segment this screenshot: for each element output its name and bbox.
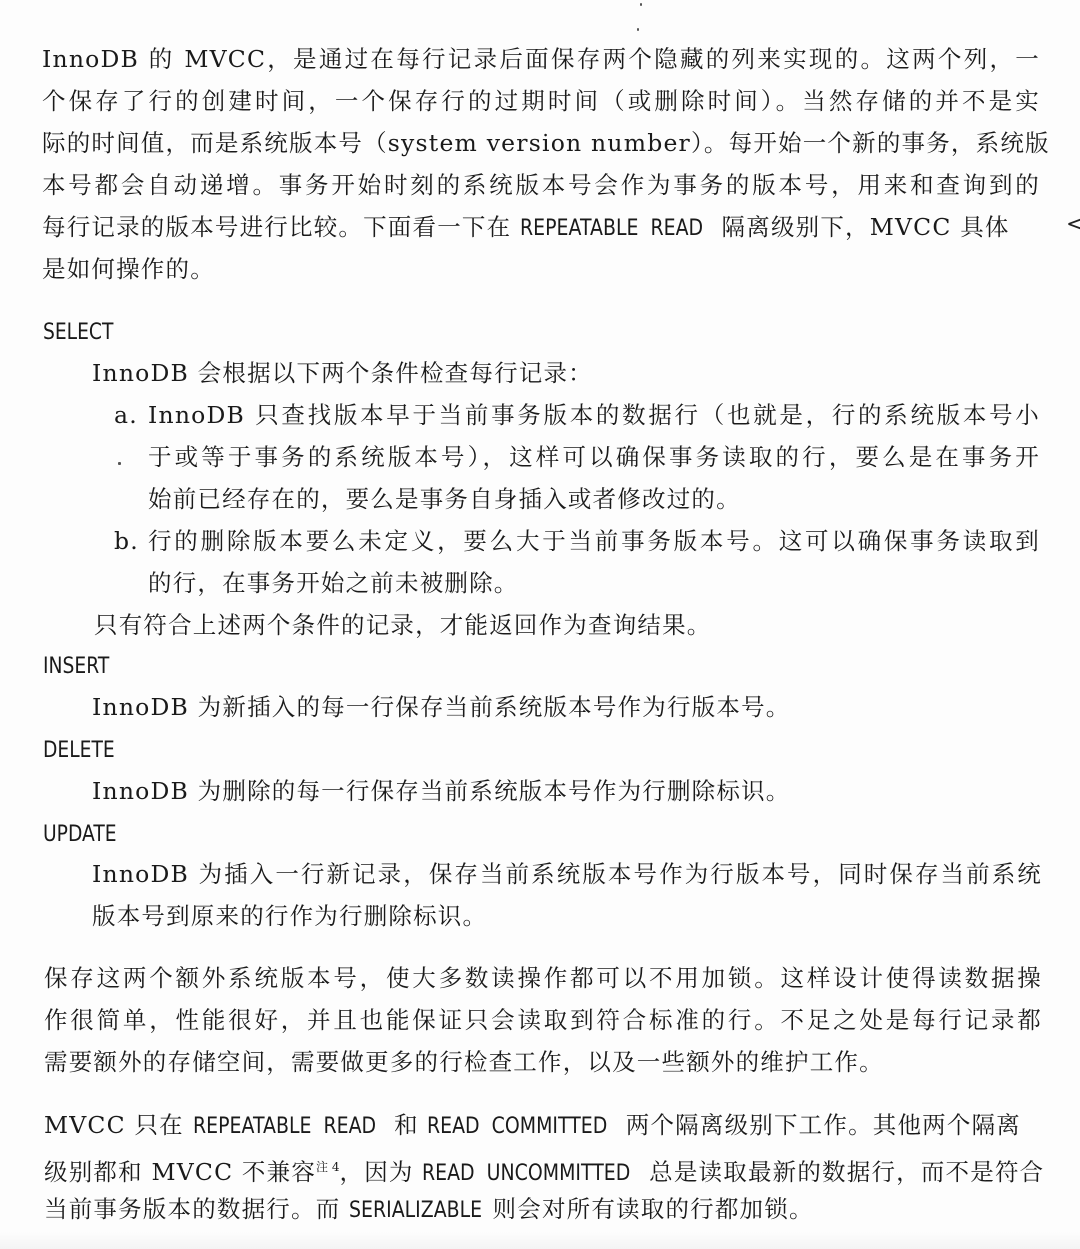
insert-heading: INSERT [43, 652, 109, 682]
intro-line-1: InnoDB 的 MVCC，是通过在每行记录后面保存两个隐藏的列来实现的。这两个… [42, 38, 1040, 80]
keyword-read-committed: READ COMMITTED [427, 1106, 607, 1148]
isolation-line-2-post: 总是读取最新的数据行，而不是符合 [640, 1158, 1044, 1186]
intro-line-3: 际的时间值，而是系统版本号（system version number）。每开始… [42, 122, 1040, 164]
item-a-marker: a. [114, 394, 138, 436]
update-heading: UPDATE [43, 820, 117, 850]
isolation-line-1-mid: 和 [385, 1111, 427, 1139]
tradeoff-line-1: 保存这两个额外系统版本号，使大多数读操作都可以不用加锁。这样设计使得读数据操 [44, 957, 1042, 999]
delete-heading: DELETE [43, 736, 115, 766]
item-b-marker: b. [114, 520, 139, 562]
tradeoff-line-2: 作很简单，性能很好，并且也能保证只会读取到符合标准的行。不足之处是每行记录都 [44, 999, 1042, 1041]
update-line-2: 版本号到原来的行作为行删除标识。 [92, 895, 487, 937]
intro-line-5-tail: 隔离级别下，MVCC 具体 [713, 213, 1010, 241]
select-intro: InnoDB 会根据以下两个条件检查每行记录： [92, 352, 593, 394]
intro-line-6: 是如何操作的。 [42, 248, 215, 290]
keyword-repeatable-read: REPEATABLE READ [520, 208, 703, 250]
keyword-repeatable-read: REPEATABLE READ [193, 1106, 376, 1148]
scan-speck [637, 28, 639, 31]
isolation-line-1-post: 两个隔离级别下工作。其他两个隔离 [617, 1111, 1021, 1139]
item-b-line-2: 的行，在事务开始之前未被删除。 [148, 562, 519, 604]
isolation-line-2-mid: ，因为 [340, 1158, 423, 1186]
scan-speck [640, 3, 642, 6]
item-a-line-2: 于或等于事务的系统版本号），这样可以确保事务读取的行，要么是在事务开 [148, 436, 1040, 478]
margin-marker: < [1066, 212, 1080, 237]
page-edge-shadow [0, 1232, 1080, 1249]
select-conclusion: 只有符合上述两个条件的记录，才能返回作为查询结果。 [94, 604, 712, 646]
intro-line-5: 每行记录的版本号进行比较。下面看一下在 REPEATABLE READ 隔离级别… [42, 206, 1040, 250]
isolation-line-1-pre: MVCC 只在 [44, 1111, 193, 1139]
delete-body: InnoDB 为删除的每一行保存当前系统版本号作为行删除标识。 [92, 770, 790, 812]
isolation-line-3-pre: 当前事务版本的数据行。而 [44, 1195, 349, 1223]
footnote-ref[interactable]: 注 4 [316, 1160, 339, 1174]
intro-line-2: 个保存了行的创建时间，一个保存行的过期时间（或删除时间）。当然存储的并不是实 [42, 80, 1040, 122]
book-page: InnoDB 的 MVCC，是通过在每行记录后面保存两个隐藏的列来实现的。这两个… [0, 0, 1080, 1249]
isolation-line-3-post: 则会对所有读取的行都加锁。 [484, 1195, 814, 1223]
item-a-line-3: 始前已经存在的，要么是事务自身插入或者修改过的。 [148, 478, 741, 520]
keyword-serializable: SERIALIZABLE [349, 1190, 482, 1232]
insert-body: InnoDB 为新插入的每一行保存当前系统版本号作为行版本号。 [92, 686, 790, 728]
intro-line-4: 本号都会自动递增。事务开始时刻的系统版本号会作为事务的版本号，用来和查询到的 [42, 164, 1040, 206]
isolation-line-2-pre: 级别都和 MVCC 不兼容 [44, 1158, 316, 1186]
item-a-line-1: InnoDB 只查找版本早于当前事务版本的数据行（也就是，行的系统版本号小 [148, 394, 1040, 436]
select-heading: SELECT [43, 318, 113, 348]
intro-line-5-text: 每行记录的版本号进行比较。下面看一下在 [42, 213, 520, 241]
scan-speck [118, 462, 121, 465]
tradeoff-line-3: 需要额外的存储空间，需要做更多的行检查工作，以及一些额外的维护工作。 [44, 1041, 884, 1083]
isolation-line-3: 当前事务版本的数据行。而 SERIALIZABLE 则会对所有读取的行都加锁。 [44, 1188, 814, 1232]
isolation-line-1: MVCC 只在 REPEATABLE READ 和 READ COMMITTED… [44, 1104, 1021, 1148]
update-line-1: InnoDB 为插入一行新记录，保存当前系统版本号作为行版本号，同时保存当前系统 [92, 853, 1042, 895]
item-b-line-1: 行的删除版本要么未定义，要么大于当前事务版本号。这可以确保事务读取到 [148, 520, 1040, 562]
